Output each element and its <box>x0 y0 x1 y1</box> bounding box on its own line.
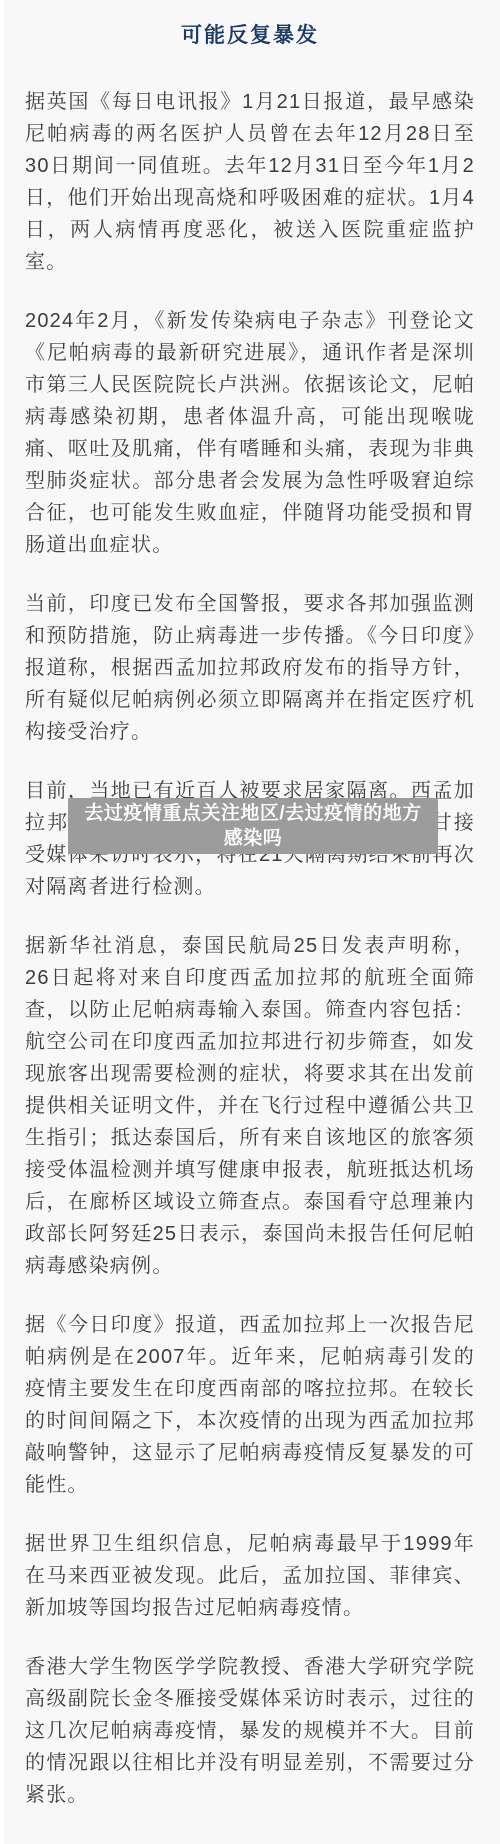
floating-video-caption[interactable]: 去过疫情重点关注地区/去过疫情的地方感染吗 <box>68 798 438 854</box>
article-paragraph-8: 香港大学生物医学学院教授、香港大学研究学院高级副院长金冬雁接受媒体采访时表示，过… <box>25 1651 475 1811</box>
article-paragraph-6: 据《今日印度》报道，西孟加拉邦上一次报告尼帕病例是在2007年。近年来，尼帕病毒… <box>25 1309 475 1501</box>
article-content: 可能反复暴发 据英国《每日电讯报》1月21日报道，最早感染尼帕病毒的两名医护人员… <box>0 0 500 1844</box>
video-caption-text: 去过疫情重点关注地区/去过疫情的地方感染吗 <box>76 801 430 851</box>
section-heading: 可能反复暴发 <box>25 22 475 50</box>
article-paragraph-7: 据世界卫生组织信息，尼帕病毒最早于1999年在马来西亚被发现。此后，孟加拉国、菲… <box>25 1528 475 1624</box>
article-paragraph-1: 据英国《每日电讯报》1月21日报道，最早感染尼帕病毒的两名医护人员曾在去年12月… <box>25 86 475 278</box>
article-page: 可能反复暴发 据英国《每日电讯报》1月21日报道，最早感染尼帕病毒的两名医护人员… <box>0 0 500 1844</box>
article-paragraph-5: 据新华社消息，泰国民航局25日发表声明称，26日起将对来自印度西孟加拉邦的航班全… <box>25 930 475 1282</box>
left-edge-strip <box>0 0 4 1844</box>
article-paragraph-2: 2024年2月，《新发传染病电子杂志》刊登论文《尼帕病毒的最新研究进展》，通讯作… <box>25 305 475 561</box>
article-paragraph-3: 当前，印度已发布全国警报，要求各邦加强监测和预防措施，防止病毒进一步传播。《今日… <box>25 588 475 748</box>
